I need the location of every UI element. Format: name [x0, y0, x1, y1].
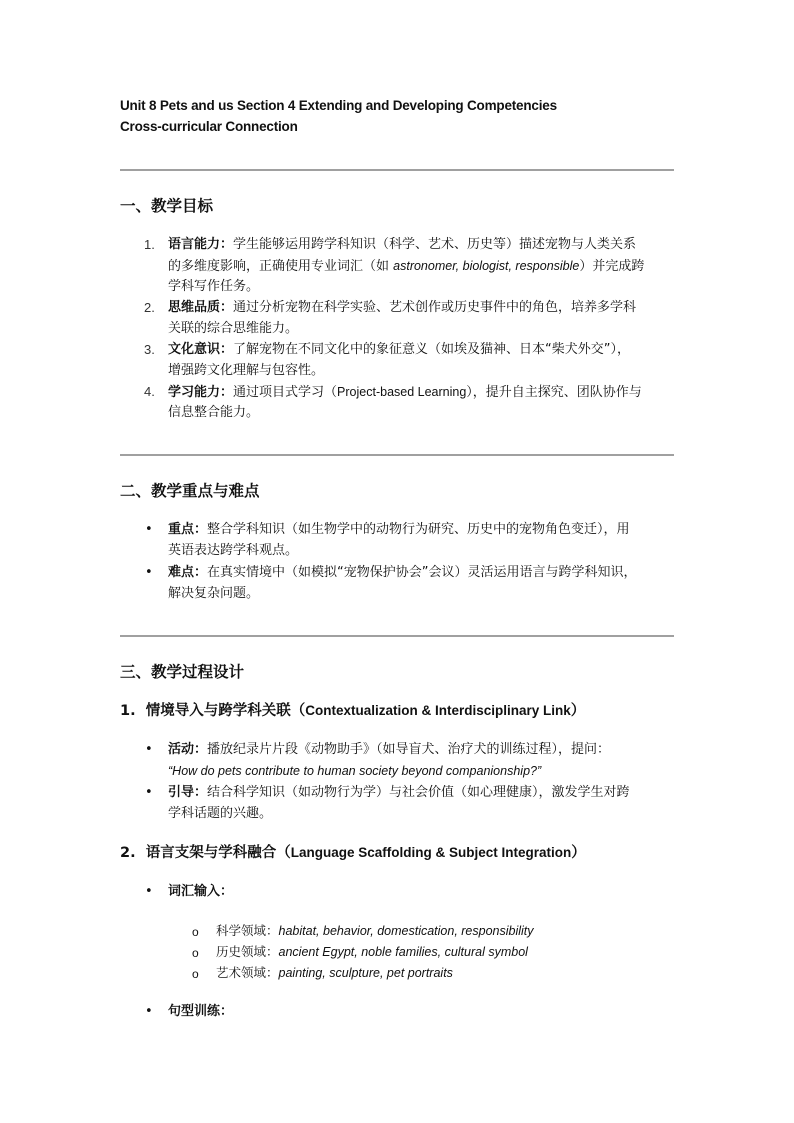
vocab-input-label: 词汇输入： — [168, 883, 233, 901]
bullet-icon: • — [145, 784, 153, 802]
horizontal-rule — [120, 169, 674, 171]
bullet-icon: • — [145, 521, 153, 539]
subsection-title-en: Contextualization & Interdisciplinary Li… — [305, 703, 571, 718]
vocab-item-art: 艺术领域：painting, sculpture, pet portraits — [216, 964, 453, 982]
subsection-heading-contextualization: 1. 情境导入与跨学科关联（Contextualization & Interd… — [120, 702, 585, 720]
item-text: 整合学科知识（如生物学中的动物行为研究、历史中的宠物角色变迁），用 — [207, 522, 630, 537]
vocab-words: painting, sculpture, pet portraits — [279, 966, 453, 980]
paren-close: ） — [571, 703, 586, 719]
subsection-number: 1. — [120, 703, 136, 719]
item-text: 通过项目式学习（ — [233, 385, 337, 400]
vocab-label: 科学领域： — [216, 923, 279, 938]
item-label: 难点 — [168, 565, 194, 580]
item-text: 在真实情境中（如模拟“宠物保护协会”会议）灵活运用语言与跨学科知识， — [207, 565, 636, 580]
document-title-line2: Cross-curricular Connection — [120, 118, 298, 136]
item-text: 通过分析宠物在科学实验、艺术创作或历史事件中的角色，培养多学科 — [233, 300, 636, 315]
horizontal-rule — [120, 454, 674, 456]
english-term: Project-based Learning — [337, 385, 466, 399]
label-colon: ： — [220, 385, 233, 400]
circle-bullet-icon: o — [192, 965, 199, 983]
label-colon: ： — [220, 342, 233, 357]
item-text: ），提升自主探究、团队协作与 — [466, 385, 642, 400]
objective-item-learning: 学习能力：通过项目式学习（Project-based Learning），提升自… — [168, 383, 642, 402]
objective-item-culture: 文化意识：了解宠物在不同文化中的象征意义（如埃及猫神、日本“柴犬外交”）， — [168, 341, 630, 359]
item-label: 学习能力 — [168, 385, 220, 400]
vocab-terms: astronomer, biologist, responsible — [393, 259, 579, 273]
sentence-training-label: 句型训练： — [168, 1003, 233, 1021]
item-label: 活动 — [168, 742, 194, 757]
difficulty-item-line2: 解决复杂问题。 — [168, 585, 259, 603]
item-label: 语言能力 — [168, 237, 220, 252]
vocab-label: 艺术领域： — [216, 965, 279, 980]
list-number: 1. — [144, 236, 155, 254]
objective-item-thinking-line2: 关联的综合思维能力。 — [168, 320, 298, 338]
subsection-number: 2. — [120, 845, 136, 861]
guidance-item-line2: 学科话题的兴趣。 — [168, 805, 272, 823]
circle-bullet-icon: o — [192, 923, 199, 941]
label-colon: ： — [194, 565, 207, 580]
objective-item-language-line3: 学科写作任务。 — [168, 278, 259, 296]
vocab-item-history: 历史领域：ancient Egypt, noble families, cult… — [216, 943, 528, 961]
item-text: 了解宠物在不同文化中的象征意义（如埃及猫神、日本“柴犬外交”）， — [233, 342, 630, 357]
horizontal-rule — [120, 635, 674, 637]
difficulty-item: 难点：在真实情境中（如模拟“宠物保护协会”会议）灵活运用语言与跨学科知识， — [168, 564, 637, 582]
activity-question: “How do pets contribute to human society… — [168, 762, 541, 780]
subsection-title-cn: 语言支架与学科融合（ — [146, 845, 291, 861]
list-number: 3. — [144, 341, 155, 359]
objective-item-culture-line2: 增强跨文化理解与包容性。 — [168, 362, 324, 380]
objective-item-thinking: 思维品质：通过分析宠物在科学实验、艺术创作或历史事件中的角色，培养多学科 — [168, 299, 636, 317]
list-number: 4. — [144, 383, 155, 401]
key-point-item: 重点：整合学科知识（如生物学中的动物行为研究、历史中的宠物角色变迁），用 — [168, 521, 630, 539]
bullet-icon: • — [145, 741, 153, 759]
label-colon: ： — [194, 742, 207, 757]
key-point-item-line2: 英语表达跨学科观点。 — [168, 542, 298, 560]
item-text: 学生能够运用跨学科知识（科学、艺术、历史等）描述宠物与人类关系 — [233, 237, 636, 252]
subsection-heading-scaffolding: 2. 语言支架与学科融合（Language Scaffolding & Subj… — [120, 844, 586, 862]
list-number: 2. — [144, 299, 155, 317]
section-heading-process: 三、教学过程设计 — [120, 663, 244, 681]
bullet-icon: • — [145, 883, 153, 901]
subsection-title-en: Language Scaffolding & Subject Integrati… — [291, 845, 572, 860]
vocab-item-science: 科学领域：habitat, behavior, domestication, r… — [216, 922, 534, 940]
objective-item-learning-line2: 信息整合能力。 — [168, 404, 259, 422]
vocab-label: 历史领域： — [216, 944, 279, 959]
item-text: 的多维度影响，正确使用专业词汇（如 — [168, 259, 393, 274]
item-label: 文化意识 — [168, 342, 220, 357]
activity-item: 活动：播放纪录片片段《动物助手》（如导盲犬、治疗犬的训练过程），提问： — [168, 741, 610, 759]
objective-item-language: 语言能力：学生能够运用跨学科知识（科学、艺术、历史等）描述宠物与人类关系 — [168, 236, 636, 254]
item-label: 思维品质 — [168, 300, 220, 315]
label-colon: ： — [194, 522, 207, 537]
paren-close: ） — [571, 845, 586, 861]
guidance-item: 引导：结合科学知识（如动物行为学）与社会价值（如心理健康），激发学生对跨 — [168, 784, 630, 802]
item-text: 播放纪录片片段《动物助手》（如导盲犬、治疗犬的训练过程），提问： — [207, 742, 610, 757]
bullet-icon: • — [145, 1003, 153, 1021]
objective-item-language-line2: 的多维度影响，正确使用专业词汇（如 astronomer, biologist,… — [168, 257, 644, 276]
label-colon: ： — [220, 237, 233, 252]
section-heading-objectives: 一、教学目标 — [120, 197, 213, 215]
item-label: 重点 — [168, 522, 194, 537]
bullet-icon: • — [145, 564, 153, 582]
label-colon: ： — [220, 300, 233, 315]
vocab-words: habitat, behavior, domestication, respon… — [279, 924, 534, 938]
item-text: 结合科学知识（如动物行为学）与社会价值（如心理健康），激发学生对跨 — [207, 785, 630, 800]
item-label: 引导 — [168, 785, 194, 800]
vocab-words: ancient Egypt, noble families, cultural … — [279, 945, 528, 959]
document-title-line1: Unit 8 Pets and us Section 4 Extending a… — [120, 97, 557, 115]
label-colon: ： — [194, 785, 207, 800]
section-heading-key-points: 二、教学重点与难点 — [120, 482, 260, 500]
subsection-title-cn: 情境导入与跨学科关联（ — [146, 703, 306, 719]
circle-bullet-icon: o — [192, 944, 199, 962]
item-text: ）并完成跨 — [579, 259, 644, 274]
